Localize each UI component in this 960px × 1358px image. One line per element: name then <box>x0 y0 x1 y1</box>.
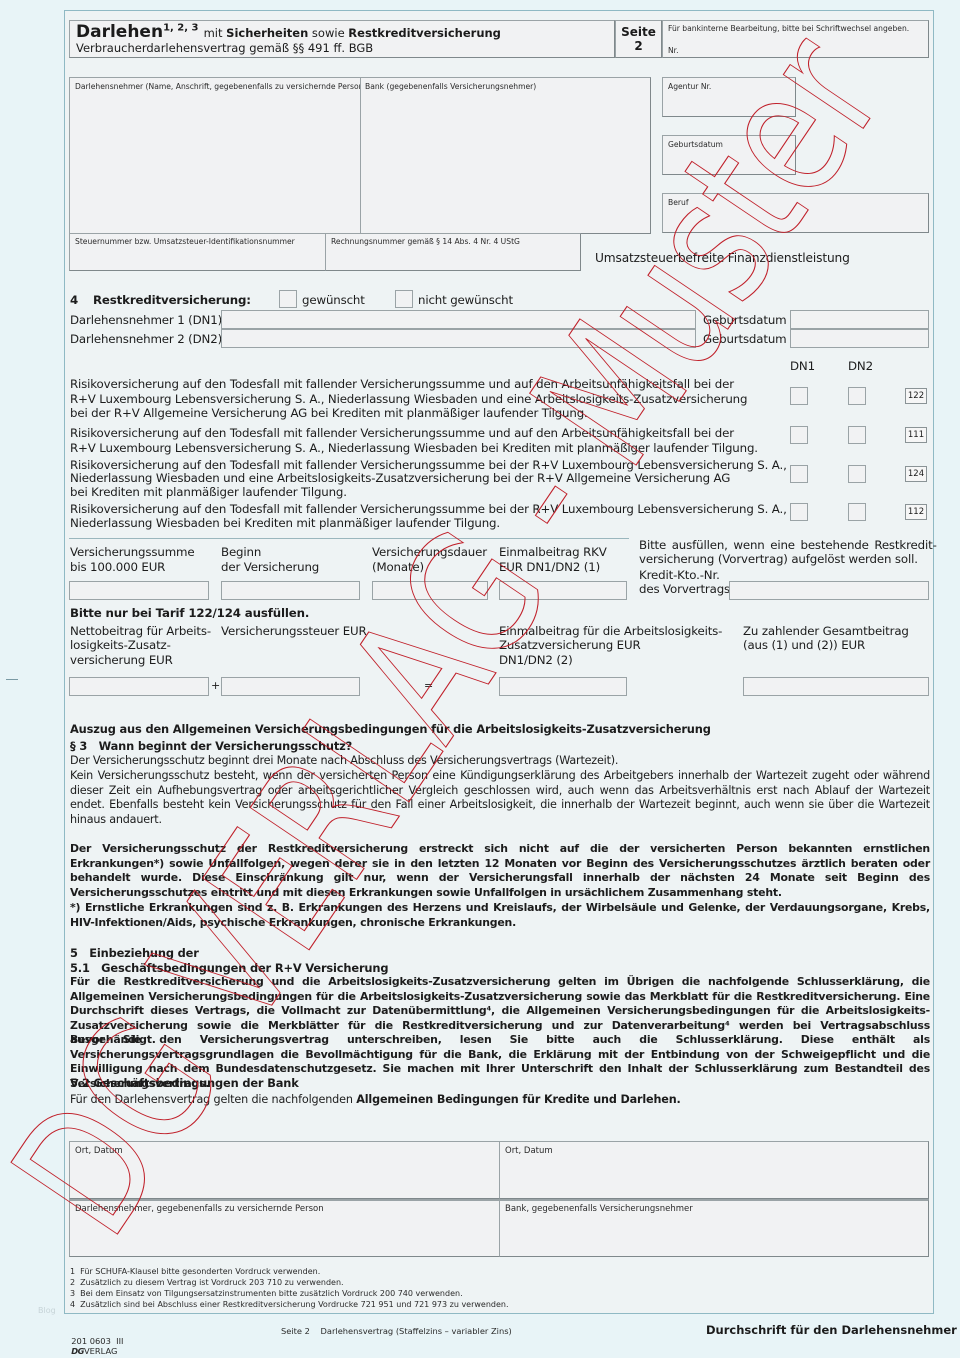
tariff-124-dn2-checkbox[interactable] <box>848 465 866 483</box>
tariff-122-dn1-checkbox[interactable] <box>790 387 808 405</box>
vat-exempt-note: Umsatzsteuerbefreite Finanzdienstleistun… <box>595 251 850 266</box>
net-premium-input[interactable] <box>69 677 209 696</box>
form-number: 201 0603 III <box>71 1336 123 1346</box>
borrower-signature-field[interactable]: Darlehensnehmer, gegebenenfalls zu versi… <box>69 1199 500 1257</box>
internal-reference-box[interactable]: Für bankinterne Bearbeitung, bitte bei S… <box>662 20 929 58</box>
place-date-left-field[interactable]: Ort, Datum <box>69 1141 500 1199</box>
form-title: Darlehen <box>76 22 163 42</box>
borrower1-birthdate-label: Geburtsdatum <box>703 313 787 328</box>
page-number: 2 <box>616 39 661 53</box>
borrower2-birthdate-input[interactable] <box>790 329 929 348</box>
dn2-column-header: DN2 <box>848 359 873 374</box>
publisher-logo: DG <box>71 1346 84 1356</box>
unemployment-premium-input[interactable] <box>499 677 627 696</box>
tariff-code: 112 <box>905 504 927 520</box>
total-premium-input[interactable] <box>743 677 929 696</box>
conditions-heading: Auszug aus den Allgemeinen Versicherungs… <box>70 722 711 737</box>
insurance-wanted-label: gewünscht <box>302 293 365 308</box>
section4-title: Restkreditversicherung: <box>93 293 251 308</box>
tariff-112-dn2-checkbox[interactable] <box>848 503 866 521</box>
conditions-para2: Kein Versicherungsschutz besteht, wenn d… <box>70 769 930 827</box>
divider <box>69 538 629 539</box>
section52-heading: 5.2 Geschäftsbedingungen der Bank <box>70 1076 299 1091</box>
tariff-note: Bitte nur bei Tarif 122/124 ausfüllen. <box>70 606 309 621</box>
borrower1-input[interactable] <box>221 310 696 329</box>
invoice-number-field[interactable]: Rechnungsnummer gemäß § 14 Abs. 4 Nr. 4 … <box>325 233 581 271</box>
insurance-start-input[interactable] <box>221 581 360 600</box>
section51-heading: 5.1 Geschäftsbedingungen der R+V Versich… <box>70 961 388 976</box>
tariff-code: 111 <box>905 427 927 443</box>
exclusion-clause: Der Versicherungsschutz der Restkreditve… <box>70 842 930 900</box>
tariff-111-dn1-checkbox[interactable] <box>790 426 808 444</box>
tariff-124-dn1-checkbox[interactable] <box>790 465 808 483</box>
prior-contract-note: Bitte ausfüllen, wenn eine bestehende Re… <box>639 538 937 553</box>
tariff-code: 122 <box>905 388 927 404</box>
occupation-field[interactable]: Beruf <box>662 193 929 233</box>
rkv-premium-input[interactable] <box>499 581 627 600</box>
tariff-111-dn2-checkbox[interactable] <box>848 426 866 444</box>
borrower2-birthdate-label: Geburtsdatum <box>703 332 787 347</box>
internal-note: Für bankinterne Bearbeitung, bitte bei S… <box>668 24 909 33</box>
borrower2-label: Darlehensnehmer 2 (DN2) <box>70 332 222 347</box>
serious-illness-note: *) Ernstliche Erkrankungen sind z. B. Er… <box>70 901 930 930</box>
insurance-tax-input[interactable] <box>221 677 360 696</box>
equals-sign: = <box>424 679 433 694</box>
borrower-field[interactable]: Darlehensnehmer (Name, Anschrift, gegebe… <box>69 77 361 234</box>
form-subtitle: Verbraucherdarlehensvertrag gemäß §§ 491… <box>76 41 373 55</box>
insurance-wanted-checkbox[interactable] <box>279 290 297 308</box>
borrower1-birthdate-input[interactable] <box>790 310 929 329</box>
place-date-right-field[interactable]: Ort, Datum <box>499 1141 929 1199</box>
bank-field[interactable]: Bank (gegebenenfalls Versicherungsnehmer… <box>360 77 651 234</box>
copy-note: Durchschrift für den Darlehensnehmer <box>706 1323 957 1337</box>
borrower2-input[interactable] <box>221 329 696 348</box>
section4-number: 4 <box>70 293 78 308</box>
publisher-name: VERLAG <box>84 1346 117 1356</box>
footer-page-info: Seite 2 Darlehensvertrag (Staffelzins – … <box>281 1326 512 1336</box>
tariff-code: 124 <box>905 466 927 482</box>
tariff-112-dn1-checkbox[interactable] <box>790 503 808 521</box>
page-label: Seite <box>616 25 661 39</box>
title-footnote-refs: 1, 2, 3 <box>163 23 198 34</box>
side-mark: Blog <box>38 1306 56 1315</box>
conditions-subheading: § 3 Wann beginnt der Versicherungsschutz… <box>70 739 352 754</box>
tariff-122-dn2-checkbox[interactable] <box>848 387 866 405</box>
bank-signature-field[interactable]: Bank, gegebenenfalls Versicherungsnehmer <box>499 1199 929 1257</box>
margin-tick <box>6 679 18 680</box>
birthdate-field[interactable]: Geburtsdatum <box>662 135 796 175</box>
header-title-box: Darlehen1, 2, 3 mit Sicherheiten sowie R… <box>69 20 615 58</box>
dn1-column-header: DN1 <box>790 359 815 374</box>
page-indicator-box: Seite 2 <box>615 20 662 58</box>
footer-form-info: 201 0603 III DGVERLAG 4.06 BB3 <box>66 1326 124 1358</box>
insurance-duration-input[interactable] <box>372 581 488 600</box>
internal-nr-label: Nr. <box>668 46 679 55</box>
tax-id-field[interactable]: Steuernummer bzw. Umsatzsteuer-Identifik… <box>69 233 326 271</box>
agency-number-field[interactable]: Agentur Nr. <box>662 77 796 117</box>
insurance-not-wanted-label: nicht gewünscht <box>418 293 513 308</box>
section5-heading: 5 Einbeziehung der <box>70 946 199 961</box>
insurance-sum-input[interactable] <box>69 581 209 600</box>
plus-sign: + <box>211 679 220 694</box>
section52-text: Für den Darlehensvertrag gelten die nach… <box>70 1093 681 1108</box>
insurance-not-wanted-checkbox[interactable] <box>395 290 413 308</box>
prior-account-input[interactable] <box>729 581 929 600</box>
borrower1-label: Darlehensnehmer 1 (DN1) <box>70 313 222 328</box>
conditions-para1: Der Versicherungsschutz beginnt drei Mon… <box>70 754 930 769</box>
